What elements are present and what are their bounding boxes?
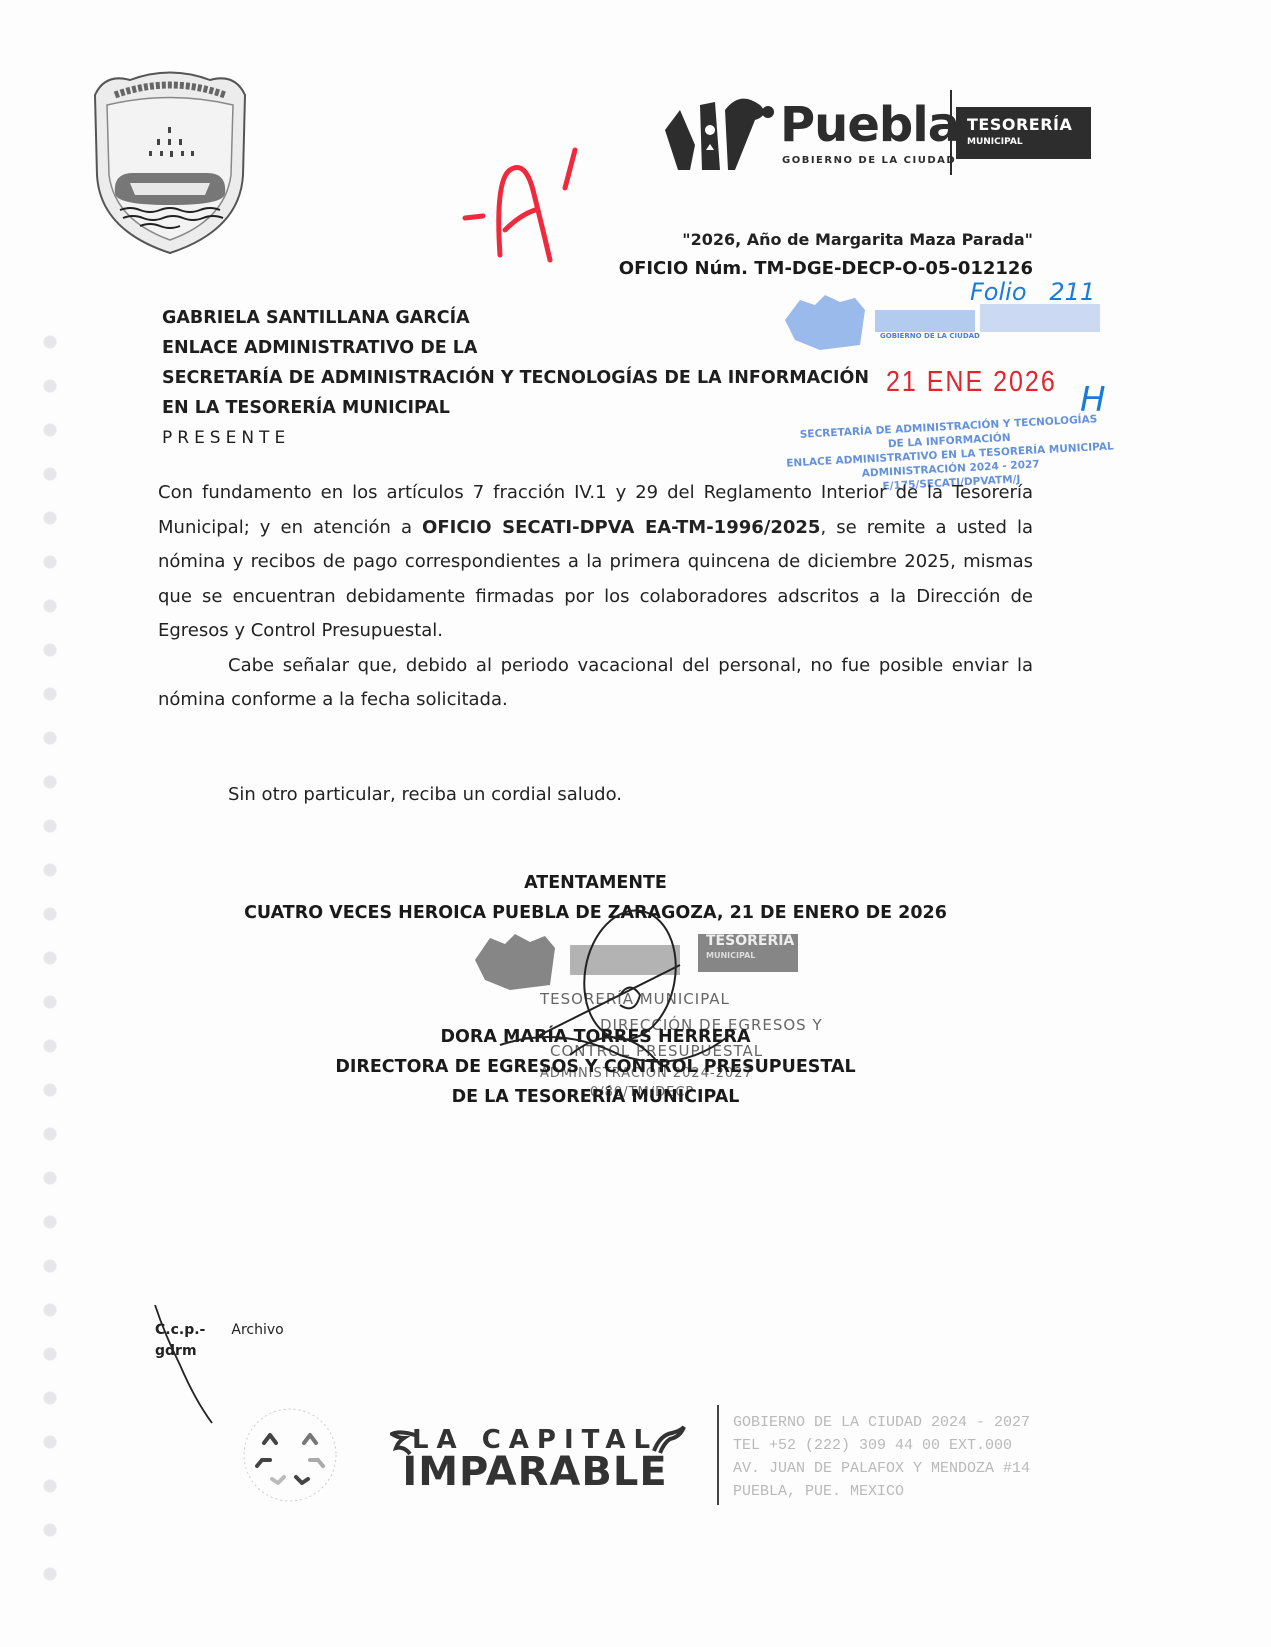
- referenced-oficio: OFICIO SECATI-DPVA EA-TM-1996/2025: [422, 517, 820, 538]
- right-wing-icon: [652, 1425, 686, 1455]
- folio-number: 211: [1049, 278, 1095, 306]
- pen-stroke: [150, 1305, 220, 1425]
- handwritten-mark: [455, 120, 605, 270]
- recipient-department: EN LA TESORERÍA MUNICIPAL: [162, 393, 869, 423]
- handwritten-signature: [480, 905, 760, 1105]
- oficio-number: OFICIO Núm. TM-DGE-DECP-O-05-012126: [619, 258, 1033, 279]
- reception-stamp: GOBIERNO DE LA CIUDAD Folio 211 21 ENE 2…: [780, 280, 1120, 500]
- letter-body: Con fundamento en los artículos 7 fracci…: [158, 476, 1033, 718]
- body-paragraph-1: Con fundamento en los artículos 7 fracci…: [158, 476, 1033, 649]
- presente-label: PRESENTE: [162, 423, 869, 453]
- scan-edge-marks: [30, 320, 70, 1600]
- tesoreria-subtitle: MUNICIPAL: [967, 137, 1023, 147]
- year-slogan: "2026, Año de Margarita Maza Parada": [682, 230, 1033, 249]
- recipient-title: ENLACE ADMINISTRATIVO DE LA: [162, 333, 869, 363]
- footer-divider: [717, 1405, 719, 1505]
- body-paragraph-2: Cabe señalar que, debido al periodo vaca…: [158, 649, 1033, 718]
- la-capital-imparable-logo: LA CAPITAL IMPARABLE: [385, 1425, 685, 1495]
- tesoreria-badge: TESORERÍA MUNICIPAL: [956, 107, 1091, 159]
- stamp-logo-subtitle: GOBIERNO DE LA CIUDAD: [880, 332, 980, 340]
- closing-line: Sin otro particular, reciba un cordial s…: [228, 784, 622, 805]
- ccp-value: Archivo: [231, 1322, 283, 1338]
- gobierno-subtitle: GOBIERNO DE LA CIUDAD: [782, 155, 956, 166]
- folio-handwritten: Folio 211: [970, 278, 1095, 306]
- reception-date: 21 ENE 2026: [886, 366, 1057, 399]
- logo-divider: [950, 90, 952, 175]
- office-address: GOBIERNO DE LA CIUDAD 2024 - 2027TEL +52…: [733, 1411, 1030, 1503]
- recipient-block: GABRIELA SANTILLANA GARCÍA ENLACE ADMINI…: [162, 303, 869, 453]
- puebla-brand: Puebla: [780, 97, 959, 153]
- puebla-landmarks-icon: [660, 90, 778, 175]
- atentamente: ATENTAMENTE: [0, 873, 1231, 893]
- left-wing-icon: [390, 1428, 420, 1458]
- tesoreria-title: TESORERÍA: [967, 115, 1072, 134]
- coat-of-arms-icon: [85, 65, 255, 255]
- equality-norm-emblem-icon: [240, 1405, 340, 1505]
- puebla-tesoreria-logo: Puebla GOBIERNO DE LA CIUDAD TESORERÍA M…: [660, 85, 1100, 185]
- campaign-line-2: IMPARABLE: [385, 1449, 685, 1495]
- recipient-secretariat: SECRETARÍA DE ADMINISTRACIÓN Y TECNOLOGÍ…: [162, 363, 869, 393]
- recipient-name: GABRIELA SANTILLANA GARCÍA: [162, 303, 869, 333]
